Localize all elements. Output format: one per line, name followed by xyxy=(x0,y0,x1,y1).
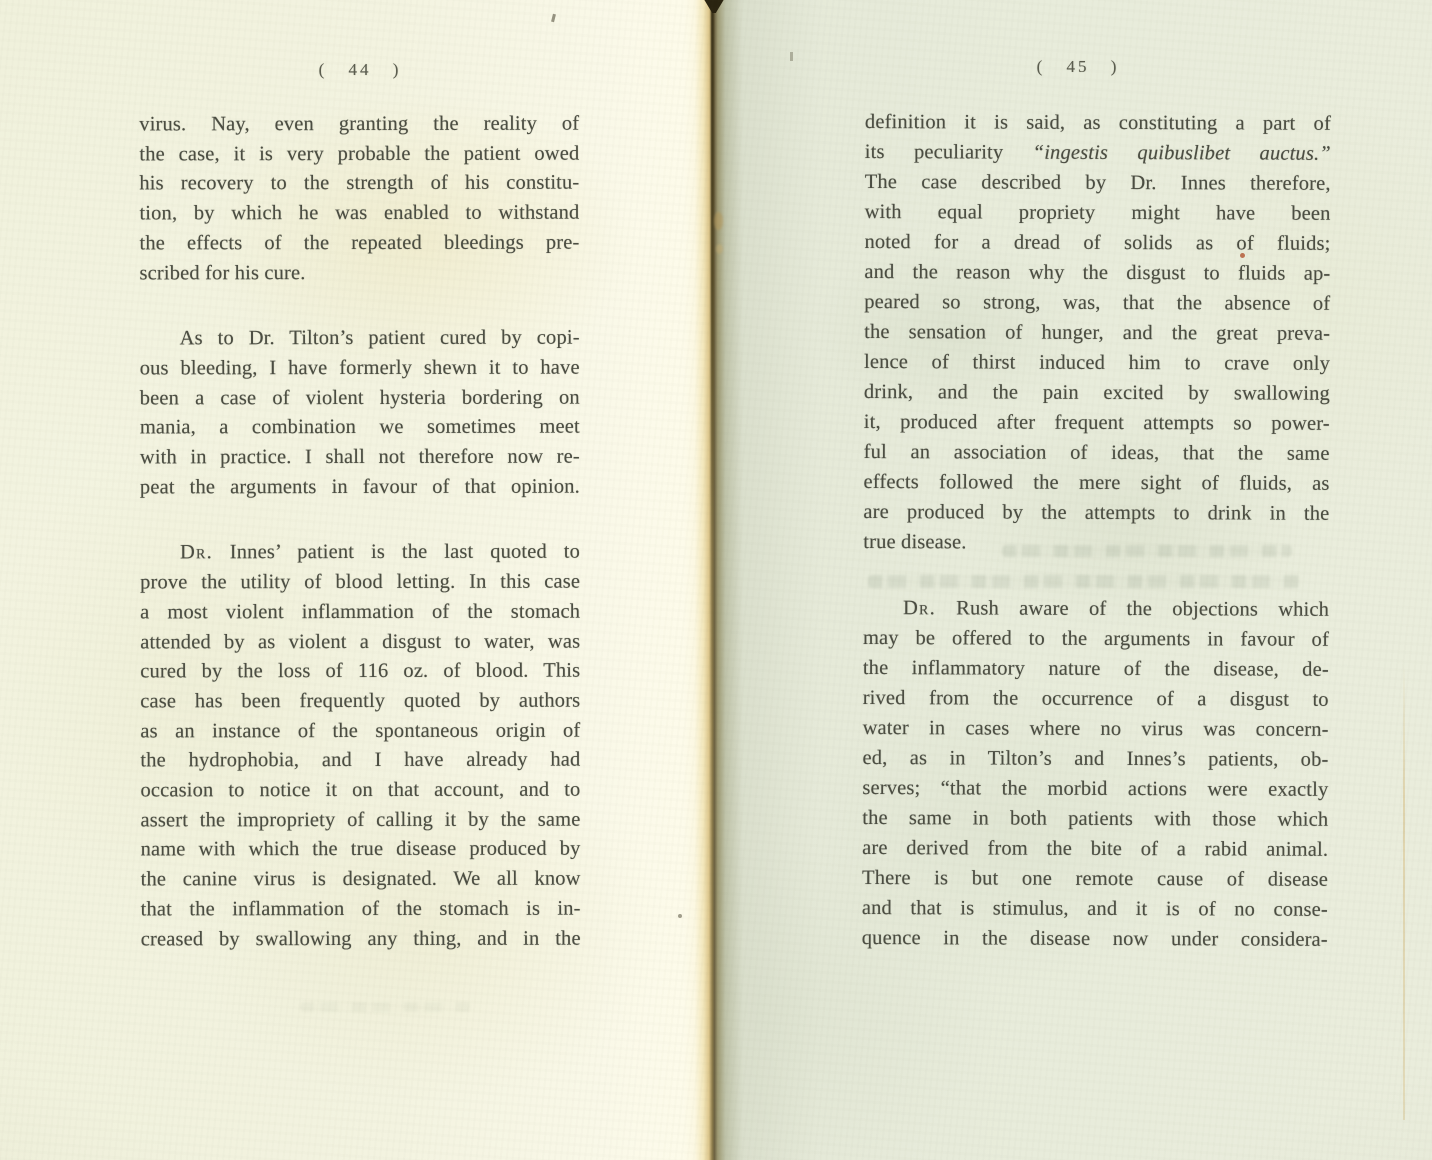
text-line: are derived from the bite of a rabid ani… xyxy=(862,833,1328,865)
text-line: Dr. Rush aware of the objections which xyxy=(863,593,1329,625)
book-gutter xyxy=(600,0,820,1160)
text-line: scribed for his cure. xyxy=(140,258,580,288)
text-line: the effects of the repeated bleedings pr… xyxy=(139,228,579,258)
italic-phrase: “ingestis quibuslibet auctus.” xyxy=(1033,142,1331,165)
text-line: been a case of violent hysteria borderin… xyxy=(140,383,580,413)
text-line: creased by swallowing any thing, and in … xyxy=(141,924,581,954)
text-line: peared so strong, was, that the absence … xyxy=(864,287,1330,319)
text-line: effects followed the mere sight of fluid… xyxy=(864,467,1330,499)
smallcaps-word: Dr. xyxy=(180,542,213,564)
text-line: with equal propriety might have been xyxy=(865,197,1331,229)
text-line: the canine virus is designated. We all k… xyxy=(141,865,581,895)
text-line: that the inflammation of the stomach is … xyxy=(141,894,581,924)
text-line: virus. Nay, even granting the reality of xyxy=(139,110,579,140)
text-line: true disease. xyxy=(863,527,1329,559)
ink-showthrough-smudge xyxy=(300,1002,470,1012)
text-line: mania, a combination we sometimes meet xyxy=(140,413,580,443)
smallcaps-word: Dr. xyxy=(903,597,936,619)
right-page-text: definition it is said, as constituting a… xyxy=(862,107,1331,955)
text-line: are produced by the attempts to drink in… xyxy=(863,497,1329,529)
text-line: name with which the true disease produce… xyxy=(141,835,581,865)
text-line: drink, and the pain excited by swallowin… xyxy=(864,377,1330,409)
text-line: its peculiarity “ingestis quibuslibet au… xyxy=(865,137,1331,169)
paragraph: virus. Nay, even granting the reality of… xyxy=(139,110,579,289)
text-line: occasion to notice it on that account, a… xyxy=(140,776,580,806)
left-page-number: ( 44 ) xyxy=(140,60,580,80)
paragraph: Dr. Rush aware of the objections whichma… xyxy=(862,593,1329,955)
text-line: definition it is said, as constituting a… xyxy=(865,107,1331,139)
text-line: as an instance of the spontaneous origin… xyxy=(140,716,580,746)
text-line: the case, it is very probable the patien… xyxy=(139,139,579,169)
text-line: his recovery to the strength of his cons… xyxy=(139,169,579,199)
text-segment: Innes’ patient is the last quoted to xyxy=(213,541,580,564)
gutter-seam-line xyxy=(711,0,714,720)
text-line: serves; “that the morbid actions were ex… xyxy=(862,773,1328,805)
text-line: the same in both patients with those whi… xyxy=(862,803,1328,835)
text-line: the sensation of hunger, and the great p… xyxy=(864,317,1330,349)
gutter-stain xyxy=(714,212,723,230)
text-line: attended by as violent a disgust to wate… xyxy=(140,627,580,657)
text-line: ous bleeding, I have formerly shewn it t… xyxy=(140,354,580,384)
text-line: water in cases where no virus was concer… xyxy=(863,713,1329,745)
gutter-stain xyxy=(716,244,723,254)
text-line: case has been frequently quoted by autho… xyxy=(140,687,580,717)
right-page-number: ( 45 ) xyxy=(845,57,1311,77)
text-line: the inflammatory nature of the disease, … xyxy=(863,653,1329,685)
left-page-text: virus. Nay, even granting the reality of… xyxy=(139,110,580,955)
text-line: the hydrophobia, and I have already had xyxy=(140,746,580,776)
text-line: The case described by Dr. Innes therefor… xyxy=(865,167,1331,199)
book-scan: ( 44 ) ( 45 ) virus. Nay, even granting … xyxy=(0,0,1432,1160)
text-line: and that is stimulus, and it is of no co… xyxy=(862,893,1328,925)
paper-speck xyxy=(678,914,682,918)
text-line: may be offered to the arguments in favou… xyxy=(863,623,1329,655)
text-line: Dr. Innes’ patient is the last quoted to xyxy=(140,538,580,568)
paper-speck xyxy=(790,52,793,61)
text-line: ed, as in Tilton’s and Innes’s patients,… xyxy=(862,743,1328,775)
text-line: cured by the loss of 116 oz. of blood. T… xyxy=(140,657,580,687)
text-segment: Rush aware of the objections which xyxy=(936,597,1329,621)
text-line: peat the arguments in favour of that opi… xyxy=(140,472,580,502)
page-edge-line xyxy=(1403,660,1405,1120)
paragraph: As to Dr. Tilton’s patient cured by copi… xyxy=(140,324,580,503)
text-line: it, produced after frequent attempts so … xyxy=(864,407,1330,439)
text-line: lence of thirst induced him to crave onl… xyxy=(864,347,1330,379)
text-line: prove the utility of blood letting. In t… xyxy=(140,568,580,598)
text-line: ful an association of ideas, that the sa… xyxy=(864,437,1330,469)
text-line: and the reason why the disgust to fluids… xyxy=(864,257,1330,289)
text-segment: its peculiarity xyxy=(865,141,1033,164)
text-line: assert the impropriety of calling it by … xyxy=(140,805,580,835)
text-line: noted for a dread of solids as of fluids… xyxy=(864,227,1330,259)
text-line: tion, by which he was enabled to withsta… xyxy=(139,199,579,229)
text-line: quence in the disease now under consider… xyxy=(862,923,1328,955)
text-line: rived from the occurrence of a disgust t… xyxy=(863,683,1329,715)
paragraph: Dr. Innes’ patient is the last quoted to… xyxy=(140,538,581,955)
paragraph: definition it is said, as constituting a… xyxy=(863,107,1331,559)
text-line: a most violent inflammation of the stoma… xyxy=(140,597,580,627)
text-line: There is but one remote cause of disease xyxy=(862,863,1328,895)
text-line: with in practice. I shall not therefore … xyxy=(140,443,580,473)
text-line: As to Dr. Tilton’s patient cured by copi… xyxy=(140,324,580,354)
